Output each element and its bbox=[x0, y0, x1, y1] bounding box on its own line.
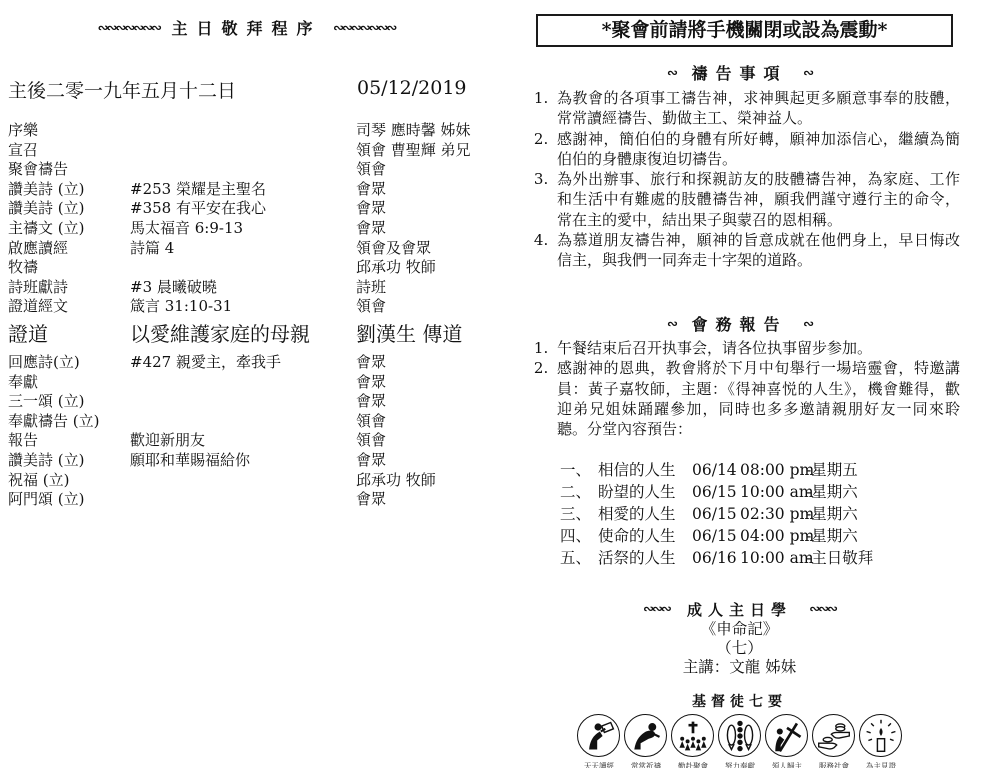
evangelism-icon bbox=[765, 714, 808, 757]
sunday-school-part: （七） bbox=[493, 639, 986, 658]
program-rows-bottom: 回應詩(立) #427 親愛主，牽我手 會眾 奉獻 會眾 三一頌 (立) 會眾 bbox=[8, 353, 491, 510]
program-row: 奉獻禱告 (立) 領會 bbox=[8, 412, 491, 432]
program-row: 聚會禱告 領會 bbox=[8, 160, 491, 180]
serving-icon bbox=[812, 714, 855, 757]
prayer-item: 為外出辦事、旅行和探親訪友的肢體禱告神，為家庭、工作和生活中有難處的肢體禱告神，… bbox=[553, 169, 960, 230]
prayer-items-header: ∾ 禱告事項 ∾ bbox=[493, 61, 986, 84]
prayer-icon bbox=[624, 714, 667, 757]
sunday-school-book: 《申命記》 bbox=[493, 620, 986, 639]
sermon-label: 證道 bbox=[8, 320, 130, 349]
program-item-leader: 領會 bbox=[356, 412, 491, 432]
program-row: 祝福 (立) 邱承功 牧師 bbox=[8, 471, 491, 491]
schedule-time: 02:30 pm bbox=[740, 503, 806, 525]
program-item-leader: 會眾 bbox=[356, 392, 491, 412]
program-item-label: 詩班獻詩 bbox=[8, 278, 130, 298]
program-row: 回應詩(立) #427 親愛主，牽我手 會眾 bbox=[8, 353, 491, 373]
essential-gathering: 勤赴聚會 bbox=[670, 714, 716, 768]
program-item-content bbox=[130, 490, 356, 510]
program-item-content: 歡迎新朋友 bbox=[130, 431, 356, 451]
program-item-leader: 領會 bbox=[356, 297, 491, 317]
scroll-ornament-right: ∾∾∾ bbox=[809, 602, 836, 617]
program-item-leader: 會眾 bbox=[356, 373, 491, 393]
program-item-leader: 會眾 bbox=[356, 451, 491, 471]
prayer-items-title: 禱告事項 bbox=[691, 64, 787, 83]
announcements-list: 午餐结束后召开执事会，请各位执事留步参加。 感謝神的恩典，教會將於下月中旬舉行一… bbox=[509, 338, 960, 439]
program-item-label: 報告 bbox=[8, 431, 130, 451]
program-item-leader: 會眾 bbox=[356, 353, 491, 373]
essential-label: 常常祈禱 bbox=[626, 760, 665, 768]
program-row: 主禱文 (立) 馬太福音 6:9-13 會眾 bbox=[8, 219, 491, 239]
program-row: 牧禱 邱承功 牧師 bbox=[8, 258, 491, 278]
church-gathering-icon bbox=[671, 714, 714, 757]
sermon-speaker: 劉漢生 傳道 bbox=[356, 320, 491, 349]
program-row: 讚美詩 (立) #253 榮耀是主聖名 會眾 bbox=[8, 180, 491, 200]
schedule-topic: 相愛的人生 bbox=[598, 503, 692, 525]
schedule-row: 二、 盼望的人生 06/15 10:00 am -星期六 bbox=[560, 481, 873, 503]
sunday-school-title: 成人主日學 bbox=[687, 601, 792, 619]
program-item-label: 讚美詩 (立) bbox=[8, 199, 130, 219]
program-item-label: 序樂 bbox=[8, 121, 130, 141]
worship-order-title: 主日敬拜程序 bbox=[171, 19, 321, 38]
witness-icon bbox=[859, 714, 902, 757]
program-rows-top: 序樂 司琴 應時馨 姊妹 宣召 領會 曹聖輝 弟兄 聚會禱告 領會 bbox=[8, 121, 491, 317]
program-row: 阿門頌 (立) 會眾 bbox=[8, 490, 491, 510]
program-row: 報告 歡迎新朋友 領會 bbox=[8, 431, 491, 451]
program-item-content: #3 晨曦破曉 bbox=[130, 278, 356, 298]
program-row: 讚美詩 (立) 願耶和華賜福給你 會眾 bbox=[8, 451, 491, 471]
program-row: 啟應讀經 詩篇 4 領會及會眾 bbox=[8, 239, 491, 259]
schedule-topic: 使命的人生 bbox=[598, 525, 692, 547]
program-row: 讚美詩 (立) #358 有平安在我心 會眾 bbox=[8, 199, 491, 219]
bulletin-left-page: ∾∾∾∾∾∾∾ 主日敬拜程序 ∾∾∾∾∾∾∾ 主後二零一九年五月十二日 05/1… bbox=[0, 0, 493, 768]
schedule-day: -星期六 bbox=[806, 481, 873, 503]
program-item-label: 讚美詩 (立) bbox=[8, 180, 130, 200]
program-item-leader: 會眾 bbox=[356, 180, 491, 200]
program-item-leader: 領會及會眾 bbox=[356, 239, 491, 259]
program-item-content: 願耶和華賜福給你 bbox=[130, 451, 356, 471]
schedule-number: 五、 bbox=[560, 547, 598, 569]
sunday-school-speaker: 主講：文龍 姊妹 bbox=[493, 658, 986, 677]
scroll-ornament-right: ∾ bbox=[803, 66, 812, 81]
program-item-label: 牧禱 bbox=[8, 258, 130, 278]
scroll-ornament-left: ∾ bbox=[667, 66, 676, 81]
essential-witness: 為主見證 bbox=[858, 714, 904, 768]
schedule-number: 一、 bbox=[560, 459, 598, 481]
schedule-row: 五、 活祭的人生 06/16 10:00 am -主日敬拜 bbox=[560, 547, 873, 569]
schedule-number: 二、 bbox=[560, 481, 598, 503]
program-item-content bbox=[130, 258, 356, 278]
essential-label: 服務社會 bbox=[814, 760, 853, 768]
schedule-date: 06/15 bbox=[692, 481, 740, 503]
program-item-leader: 司琴 應時馨 姊妹 bbox=[356, 121, 491, 141]
prayer-item: 感謝神，簡伯伯的身體有所好轉，願神加添信心，繼續為簡伯伯的身體康復迫切禱告。 bbox=[553, 129, 960, 170]
service-date-chinese: 主後二零一九年五月十二日 bbox=[8, 80, 236, 102]
essential-offering: 努力奉獻 bbox=[717, 714, 763, 768]
service-date-english: 05/12/2019 bbox=[357, 77, 467, 99]
seven-essentials-title: 基督徒七要 bbox=[493, 691, 986, 711]
scroll-ornament-right: ∾ bbox=[803, 317, 812, 332]
program-item-label: 宣召 bbox=[8, 141, 130, 161]
essential-prayer: 常常祈禱 bbox=[623, 714, 669, 768]
essential-serving: 服務社會 bbox=[811, 714, 857, 768]
program-item-label: 阿門頌 (立) bbox=[8, 490, 130, 510]
announcement-item: 感謝神的恩典，教會將於下月中旬舉行一場培靈會，特邀講員：黃子嘉牧師，主題：《得神… bbox=[553, 358, 960, 439]
worship-order-header: ∾∾∾∾∾∾∾ 主日敬拜程序 ∾∾∾∾∾∾∾ bbox=[0, 16, 493, 39]
program-row: 宣召 領會 曹聖輝 弟兄 bbox=[8, 141, 491, 161]
program-item-content: 箴言 31:10-31 bbox=[130, 297, 356, 317]
program-item-label: 奉獻禱告 (立) bbox=[8, 412, 130, 432]
program-item-content: 馬太福音 6:9-13 bbox=[130, 219, 356, 239]
schedule-time: 10:00 am bbox=[740, 547, 806, 569]
announcements-title: 會務報告 bbox=[691, 315, 787, 334]
program-item-content bbox=[130, 471, 356, 491]
offering-icon bbox=[718, 714, 761, 757]
program-item-content: #358 有平安在我心 bbox=[130, 199, 356, 219]
essential-label: 領人歸主 bbox=[767, 760, 806, 768]
schedule-row: 四、 使命的人生 06/15 04:00 pm -星期六 bbox=[560, 525, 873, 547]
essential-label: 為主見證 bbox=[861, 760, 900, 768]
prayer-items-list: 為教會的各項事工禱告神，求神興起更多願意事奉的肢體，常常讀經禱告、勤做主工、榮神… bbox=[509, 88, 960, 271]
schedule-date: 06/16 bbox=[692, 547, 740, 569]
program-item-content bbox=[130, 160, 356, 180]
program-item-leader: 會眾 bbox=[356, 490, 491, 510]
program-item-leader: 邱承功 牧師 bbox=[356, 258, 491, 278]
prayer-item: 為教會的各項事工禱告神，求神興起更多願意事奉的肢體，常常讀經禱告、勤做主工、榮神… bbox=[553, 88, 960, 129]
program-item-label: 聚會禱告 bbox=[8, 160, 130, 180]
program-item-leader: 領會 bbox=[356, 431, 491, 451]
schedule-topic: 盼望的人生 bbox=[598, 481, 692, 503]
program-item-content bbox=[130, 373, 356, 393]
schedule-time: 08:00 pm bbox=[740, 459, 806, 481]
announcement-item: 午餐结束后召开执事会，请各位执事留步参加。 bbox=[553, 338, 960, 358]
program-item-label: 祝福 (立) bbox=[8, 471, 130, 491]
program-item-leader: 會眾 bbox=[356, 219, 491, 239]
schedule-day: -星期五 bbox=[806, 459, 873, 481]
program-item-leader: 詩班 bbox=[356, 278, 491, 298]
program-item-label: 主禱文 (立) bbox=[8, 219, 130, 239]
program-row: 三一頌 (立) 會眾 bbox=[8, 392, 491, 412]
program-item-content bbox=[130, 121, 356, 141]
essential-evangelism: 領人歸主 bbox=[764, 714, 810, 768]
schedule-time: 04:00 pm bbox=[740, 525, 806, 547]
program-item-leader: 領會 曹聖輝 弟兄 bbox=[356, 141, 491, 161]
essential-label: 天天讀經 bbox=[579, 760, 618, 768]
sunday-school-header: ∾∾∾ 成人主日學 ∾∾∾ bbox=[493, 599, 986, 620]
schedule-date: 06/14 bbox=[692, 459, 740, 481]
scroll-ornament-left: ∾ bbox=[667, 317, 676, 332]
scroll-ornament-left: ∾∾∾∾∾∾∾ bbox=[98, 21, 160, 36]
schedule-row: 一、 相信的人生 06/14 08:00 pm -星期五 bbox=[560, 459, 873, 481]
essential-label: 努力奉獻 bbox=[720, 760, 759, 768]
seven-essentials-section: 基督徒七要 天天讀經 bbox=[493, 691, 986, 768]
essential-bible-reading: 天天讀經 bbox=[576, 714, 622, 768]
announcements-header: ∾ 會務報告 ∾ bbox=[493, 312, 986, 335]
schedule-date: 06/15 bbox=[692, 525, 740, 547]
schedule-day: -星期六 bbox=[806, 525, 873, 547]
worship-program: 序樂 司琴 應時馨 姊妹 宣召 領會 曹聖輝 弟兄 聚會禱告 領會 bbox=[8, 121, 491, 510]
schedule-day: -星期六 bbox=[806, 503, 873, 525]
bible-reading-icon bbox=[577, 714, 620, 757]
program-item-label: 三一頌 (立) bbox=[8, 392, 130, 412]
revival-meeting-schedule: 一、 相信的人生 06/14 08:00 pm -星期五 二、 盼望的人生 06… bbox=[560, 459, 873, 569]
program-item-content: #427 親愛主，牽我手 bbox=[130, 353, 356, 373]
program-item-content: #253 榮耀是主聖名 bbox=[130, 180, 356, 200]
schedule-number: 四、 bbox=[560, 525, 598, 547]
program-item-leader: 邱承功 牧師 bbox=[356, 471, 491, 491]
service-date-row: 主後二零一九年五月十二日 05/12/2019 bbox=[8, 76, 489, 100]
schedule-day: -主日敬拜 bbox=[806, 547, 873, 569]
prayer-item: 為慕道朋友禱告神，願神的旨意成就在他們身上，早日悔改信主，與我們一同奔走十字架的… bbox=[553, 230, 960, 271]
program-item-content bbox=[130, 412, 356, 432]
program-item-content: 詩篇 4 bbox=[130, 239, 356, 259]
program-item-label: 奉獻 bbox=[8, 373, 130, 393]
program-item-leader: 會眾 bbox=[356, 199, 491, 219]
program-row: 證道經文 箴言 31:10-31 領會 bbox=[8, 297, 491, 317]
schedule-row: 三、 相愛的人生 06/15 02:30 pm -星期六 bbox=[560, 503, 873, 525]
program-item-label: 讚美詩 (立) bbox=[8, 451, 130, 471]
scroll-ornament-left: ∾∾∾ bbox=[643, 602, 670, 617]
program-item-content bbox=[130, 141, 356, 161]
schedule-topic: 活祭的人生 bbox=[598, 547, 692, 569]
program-item-label: 回應詩(立) bbox=[8, 353, 130, 373]
program-item-label: 啟應讀經 bbox=[8, 239, 130, 259]
program-row: 奉獻 會眾 bbox=[8, 373, 491, 393]
schedule-number: 三、 bbox=[560, 503, 598, 525]
essential-label: 勤赴聚會 bbox=[673, 760, 712, 768]
program-item-label: 證道經文 bbox=[8, 297, 130, 317]
program-row: 序樂 司琴 應時馨 姊妹 bbox=[8, 121, 491, 141]
program-row: 詩班獻詩 #3 晨曦破曉 詩班 bbox=[8, 278, 491, 298]
schedule-time: 10:00 am bbox=[740, 481, 806, 503]
program-item-content bbox=[130, 392, 356, 412]
program-item-leader: 領會 bbox=[356, 160, 491, 180]
scroll-ornament-right: ∾∾∾∾∾∾∾ bbox=[333, 21, 395, 36]
phone-silence-notice: *聚會前請將手機關閉或設為震動* bbox=[536, 14, 953, 47]
sermon-row: 證道 以愛維護家庭的母親 劉漢生 傳道 bbox=[8, 320, 491, 349]
sermon-title: 以愛維護家庭的母親 bbox=[130, 320, 356, 349]
schedule-topic: 相信的人生 bbox=[598, 459, 692, 481]
seven-essentials-icons: 天天讀經 常常祈禱 bbox=[493, 714, 986, 768]
bulletin-right-page: *聚會前請將手機關閉或設為震動* ∾ 禱告事項 ∾ 為教會的各項事工禱告神，求神… bbox=[493, 0, 986, 768]
schedule-date: 06/15 bbox=[692, 503, 740, 525]
adult-sunday-school-section: ∾∾∾ 成人主日學 ∾∾∾ 《申命記》 （七） 主講：文龍 姊妹 bbox=[493, 599, 986, 677]
